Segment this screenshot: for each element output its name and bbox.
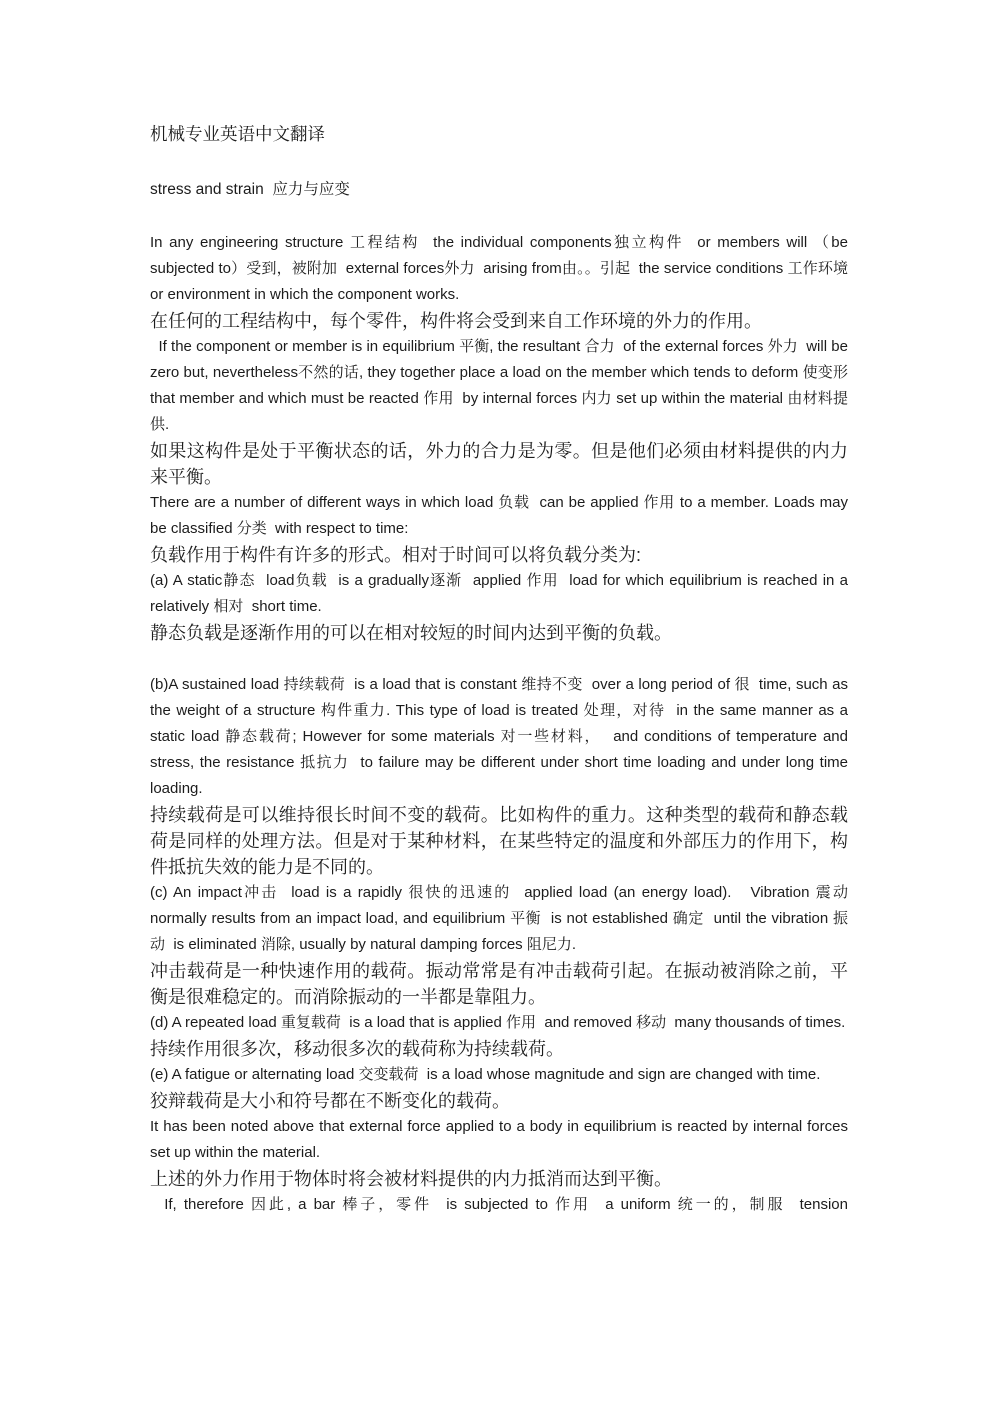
paragraph-repeated-load-en: (d) A repeated load 重复载荷 is a load that … (150, 1010, 848, 1036)
paragraph-intro-en: In any engineering structure 工程结构 the in… (150, 230, 848, 308)
paragraph-repeated-load-zh: 持续作用很多次，移动很多次的载荷称为持续载荷。 (150, 1036, 848, 1062)
paragraph-fatigue-load-en: (e) A fatigue or alternating load 交变载荷 i… (150, 1062, 848, 1088)
paragraph-noted-above-zh: 上述的外力作用于物体时将会被材料提供的内力抵消而达到平衡。 (150, 1166, 848, 1192)
paragraph-if-therefore-en: If, therefore 因此, a bar 棒子，零件 is subject… (150, 1192, 848, 1218)
paragraph-fatigue-load-zh: 狡辩载荷是大小和符号都在不断变化的载荷。 (150, 1088, 848, 1114)
paragraph-load-ways-en: There are a number of different ways in … (150, 490, 848, 542)
paragraph-static-load-en: (a) A static静态 load负载 is a gradually逐渐 a… (150, 568, 848, 620)
paragraph-static-load-zh: 静态负载是逐渐作用的可以在相对较短的时间内达到平衡的负载。 (150, 620, 848, 646)
paragraph-noted-above-en: It has been noted above that external fo… (150, 1114, 848, 1166)
paragraph-equilibrium-en: If the component or member is in equilib… (150, 334, 848, 438)
paragraph-impact-load-en: (c) An impact冲击 load is a rapidly 很快的迅速的… (150, 880, 848, 958)
paragraph-impact-load-zh: 冲击载荷是一种快速作用的载荷。振动常常是有冲击载荷引起。在振动被消除之前，平衡是… (150, 958, 848, 1010)
paragraph-intro-zh: 在任何的工程结构中，每个零件，构件将会受到来自工作环境的外力的作用。 (150, 308, 848, 334)
paragraph-sustained-load-zh: 持续载荷是可以维持很长时间不变的载荷。比如构件的重力。这种类型的载荷和静态载荷是… (150, 802, 848, 880)
paragraph-equilibrium-zh: 如果这构件是处于平衡状态的话，外力的合力是为零。但是他们必须由材料提供的内力来平… (150, 438, 848, 490)
doc-title: 机械专业英语中文翻译 (150, 121, 848, 147)
paragraph-load-ways-zh: 负载作用于构件有许多的形式。相对于时间可以将负载分类为: (150, 542, 848, 568)
doc-subtitle: stress and strain 应力与应变 (150, 177, 848, 203)
document-body: 机械专业英语中文翻译 stress and strain 应力与应变 In an… (150, 121, 848, 1218)
paragraph-sustained-load-en: (b)A sustained load 持续载荷 is a load that … (150, 672, 848, 802)
document-page: 机械专业英语中文翻译 stress and strain 应力与应变 In an… (0, 0, 993, 1404)
